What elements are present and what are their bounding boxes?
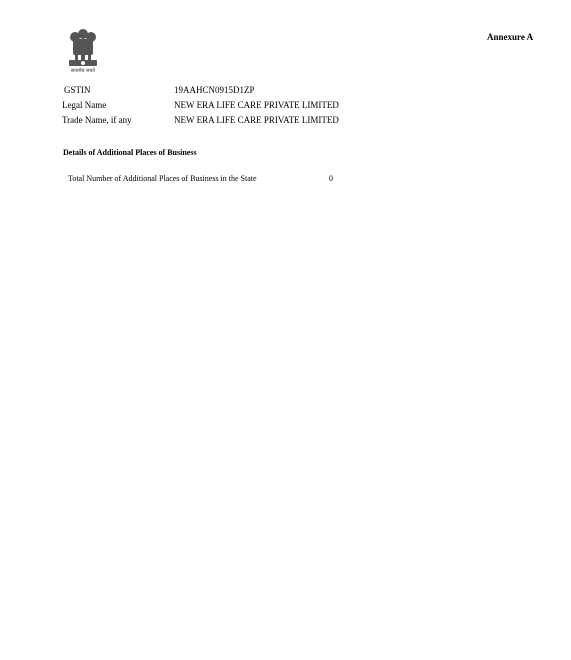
gstin-value: 19AAHCN0915D1ZP xyxy=(174,85,255,95)
legal-name-value: NEW ERA LIFE CARE PRIVATE LIMITED xyxy=(174,100,339,110)
trade-name-value: NEW ERA LIFE CARE PRIVATE LIMITED xyxy=(174,115,339,125)
trade-name-label: Trade Name, if any xyxy=(62,115,132,125)
emblem-caption: सत्यमेव जयते xyxy=(62,68,104,74)
gstin-label: GSTIN xyxy=(64,85,91,95)
section-title: Details of Additional Places of Business xyxy=(63,148,197,157)
total-places-value: 0 xyxy=(329,174,333,183)
annexure-label: Annexure A xyxy=(487,32,533,42)
total-places-label: Total Number of Additional Places of Bus… xyxy=(68,174,257,183)
legal-name-label: Legal Name xyxy=(62,100,106,110)
